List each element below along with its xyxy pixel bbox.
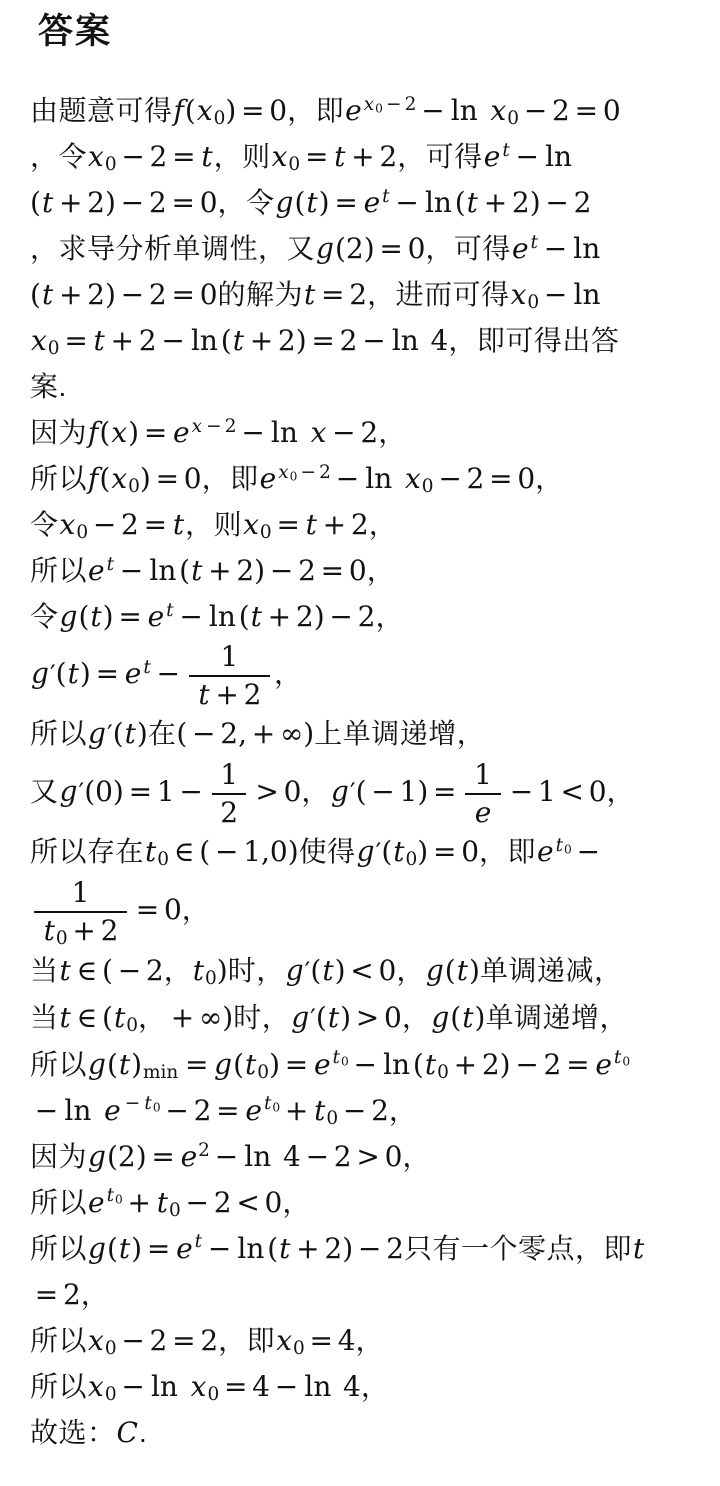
math-run: t∈(t0，+∞) — [59, 1001, 234, 1034]
text-run: ，即 — [218, 1325, 275, 1356]
text-run: ， — [182, 894, 211, 925]
text-run: 令 — [30, 509, 59, 540]
math-run: −ln e−t0−2=et0+t0−2 — [30, 1094, 389, 1127]
solution-line: −ln e−t0−2=et0+t0−2， — [30, 1088, 704, 1134]
fraction: 1t+2 — [189, 640, 270, 711]
text-run: ，令 — [30, 141, 87, 172]
math-run: x0=t+2 — [242, 508, 369, 541]
math-run: f(x0)=0 — [173, 94, 288, 127]
text-run: ， — [378, 417, 407, 448]
math-run: g(t)min=g(t0)=et0−ln(t0+2)−2=et0 — [87, 1048, 630, 1081]
text-run: ，令 — [218, 187, 275, 218]
math-run: t=2 — [303, 278, 367, 311]
text-run: 又 — [30, 776, 59, 807]
solution-line: 所以et0+t0−2<0， — [30, 1180, 704, 1226]
solution-line: 1t0+2=0， — [30, 876, 704, 947]
text-run: 所以 — [30, 1233, 87, 1264]
solution-line: x0=t+2−ln(t+2)=2−ln 4，即可得出答 — [30, 318, 704, 364]
text-run: ， — [274, 658, 303, 689]
text-run: 只有一个零点，即 — [404, 1233, 632, 1264]
text-run: ， — [607, 776, 636, 807]
math-run: g′(t)=et−1t+2 — [30, 657, 274, 690]
text-run: 所以 — [30, 555, 87, 586]
solution-line: 因为f(x)=ex−2−ln x−2， — [30, 410, 704, 456]
solution-line: 因为g(2)=e2−ln 4−2>0， — [30, 1134, 704, 1180]
text-run: ，即 — [202, 463, 259, 494]
text-run: ，则 — [214, 141, 271, 172]
text-run: 当 — [30, 955, 59, 986]
solution-line: g′(t)=et−1t+2， — [30, 640, 704, 711]
text-run: 所以存在 — [30, 836, 144, 867]
solution-line: 所以f(x0)=0，即ex0−2−ln x0−2=0， — [30, 456, 704, 502]
math-run: (−2,+∞) — [176, 717, 314, 750]
solution-line: 又g′(0)=1−12>0，g′(−1)=1e−1<0， — [30, 758, 704, 829]
solution-line: 令g(t)=et−ln(t+2)−2， — [30, 594, 704, 640]
text-run: ， — [375, 601, 404, 632]
solution-line: 所以存在t0∈(−1,0)使得g′(t0)=0，即et0− — [30, 829, 704, 876]
text-run: 所以 — [30, 718, 87, 749]
solution-body: 由题意可得f(x0)=0，即ex0−2−ln x0−2=0，令x0−2=t，则x… — [30, 88, 704, 1456]
text-run: ， — [81, 1279, 110, 1310]
math-run: t0∈(−1,0) — [144, 835, 299, 868]
text-run: 使得 — [299, 836, 356, 867]
text-run: ， — [367, 555, 396, 586]
solution-line: 由题意可得f(x0)=0，即ex0−2−ln x0−2=0 — [30, 88, 704, 134]
text-run: 单调递增， — [485, 1002, 628, 1033]
text-run: 由题意可得 — [30, 95, 173, 126]
text-run: ， — [356, 1325, 385, 1356]
solution-line: ，令x0−2=t，则x0=t+2，可得et−ln — [30, 134, 704, 180]
math-run: t — [632, 1232, 645, 1265]
math-run: x0−2=t — [87, 140, 214, 173]
solution-document: 答案 由题意可得f(x0)=0，即ex0−2−ln x0−2=0，令x0−2=t… — [0, 0, 720, 1486]
solution-line: 当t∈(t0，+∞)时，g′(t)>0，g(t)单调递增， — [30, 995, 704, 1042]
text-run: 的解为 — [218, 279, 304, 310]
text-run: ，即可得出答 — [448, 325, 619, 356]
math-run: g(t)=et−ln(t+2)−2 — [275, 186, 592, 219]
math-run: g′(t)>0 — [290, 1001, 402, 1034]
math-run: f(x)=ex−2−ln x−2 — [87, 416, 378, 449]
solution-line: 令x0−2=t，则x0=t+2， — [30, 502, 704, 548]
math-run: g′(−1)=1e−1<0 — [330, 775, 607, 808]
math-run: x0−ln — [510, 278, 604, 311]
text-run: ，可得 — [397, 141, 483, 172]
math-run: f(x0)=0 — [87, 462, 202, 495]
math-run: g(2)=0 — [315, 232, 425, 265]
text-run: 当 — [30, 1002, 59, 1033]
solution-line: 故选：C. — [30, 1410, 704, 1456]
text-run: . — [139, 1417, 147, 1448]
math-run: g(t) — [430, 1001, 485, 1034]
math-run: x0=4 — [275, 1324, 355, 1357]
math-run: (t+2)−2=0 — [30, 278, 218, 311]
text-run: ，可得 — [425, 233, 511, 264]
fraction: 12 — [212, 758, 247, 829]
solution-line: 所以et−ln(t+2)−2=0， — [30, 548, 704, 594]
math-run: et−ln(t+2)−2=0 — [87, 554, 367, 587]
text-run: 因为 — [30, 1141, 87, 1172]
solution-line: 所以g′(t)在(−2,+∞)上单调递增， — [30, 711, 704, 758]
text-run: ， — [369, 509, 398, 540]
math-run: x0−2=2 — [87, 1324, 218, 1357]
math-run: g′(0)=1−12>0 — [59, 775, 302, 808]
solution-line: 所以g(t)min=g(t0)=et0−ln(t0+2)−2=et0 — [30, 1042, 704, 1088]
text-run: ，求导分析单调性，又 — [30, 233, 315, 264]
text-run: ， — [282, 1187, 311, 1218]
text-run: 所以 — [30, 1187, 87, 1218]
math-run: (t+2)−2=0 — [30, 186, 218, 219]
solution-line: 所以x0−ln x0=4−ln 4， — [30, 1364, 704, 1410]
text-run: ，即 — [479, 836, 536, 867]
math-run: 1t0+2=0 — [30, 893, 182, 926]
math-run: g(t) — [425, 954, 480, 987]
text-run: 因为 — [30, 417, 87, 448]
text-run: ， — [402, 1141, 431, 1172]
math-run: x0=t+2−ln(t+2)=2−ln 4 — [30, 324, 448, 357]
page-title: 答案 — [38, 12, 704, 52]
solution-line: 所以x0−2=2，即x0=4， — [30, 1318, 704, 1364]
page: { "page": { "title": "答案", "background_c… — [0, 0, 720, 1486]
text-run: ， — [402, 1002, 431, 1033]
text-run: ， — [535, 463, 564, 494]
solution-line: =2， — [30, 1272, 704, 1318]
text-run: 令 — [30, 601, 59, 632]
solution-line: 案. — [30, 364, 704, 410]
math-run: et−ln — [511, 232, 603, 265]
math-run: ex0−2−ln x0−2=0 — [259, 462, 536, 495]
solution-line: (t+2)−2=0的解为t=2，进而可得x0−ln — [30, 272, 704, 318]
text-run: 时， — [233, 1002, 290, 1033]
math-run: =2 — [30, 1278, 81, 1311]
text-run: 案. — [30, 371, 67, 402]
math-run: x0=t+2 — [271, 140, 398, 173]
math-run: g(t)=et−ln(t+2)−2 — [87, 1232, 404, 1265]
text-run: 故选： — [30, 1417, 116, 1448]
math-run: g′(t) — [87, 717, 148, 750]
math-run: t∈(−2，t0) — [59, 954, 228, 987]
math-run: ex0−2−ln x0−2=0 — [344, 94, 621, 127]
text-run: ，则 — [185, 509, 242, 540]
text-run: 所以 — [30, 1325, 87, 1356]
text-run: 时， — [228, 955, 285, 986]
math-run: g′(t0)=0 — [356, 835, 479, 868]
text-run: ，进而可得 — [367, 279, 510, 310]
math-run: g′(t)<0 — [285, 954, 397, 987]
text-run: 所以 — [30, 463, 87, 494]
text-run: 在 — [148, 718, 177, 749]
fraction: 1t0+2 — [34, 876, 127, 947]
math-run: x0−2=t — [59, 508, 186, 541]
text-run: ， — [389, 1095, 418, 1126]
solution-line: 当t∈(−2，t0)时，g′(t)<0，g(t)单调递减， — [30, 948, 704, 995]
text-run: 单调递减， — [480, 955, 623, 986]
math-run: et0− — [536, 835, 605, 868]
text-run: ， — [361, 1371, 390, 1402]
math-run: et0+t0−2<0 — [87, 1186, 282, 1219]
math-run: g(t)=et−ln(t+2)−2 — [59, 600, 376, 633]
math-run: x0−ln x0=4−ln 4 — [87, 1370, 361, 1403]
math-run: C — [116, 1416, 139, 1449]
text-run: ， — [301, 776, 330, 807]
text-run: ，即 — [287, 95, 344, 126]
solution-line: ，求导分析单调性，又g(2)=0，可得et−ln — [30, 226, 704, 272]
fraction: 1e — [465, 758, 500, 829]
text-run: 上单调递增， — [314, 718, 485, 749]
text-run: ， — [396, 955, 425, 986]
text-run: 所以 — [30, 1371, 87, 1402]
math-run: g(2)=e2−ln 4−2>0 — [87, 1140, 402, 1173]
text-run: 所以 — [30, 1049, 87, 1080]
math-run: et−ln — [483, 140, 575, 173]
solution-line: (t+2)−2=0，令g(t)=et−ln(t+2)−2 — [30, 180, 704, 226]
solution-line: 所以g(t)=et−ln(t+2)−2只有一个零点，即t — [30, 1226, 704, 1272]
